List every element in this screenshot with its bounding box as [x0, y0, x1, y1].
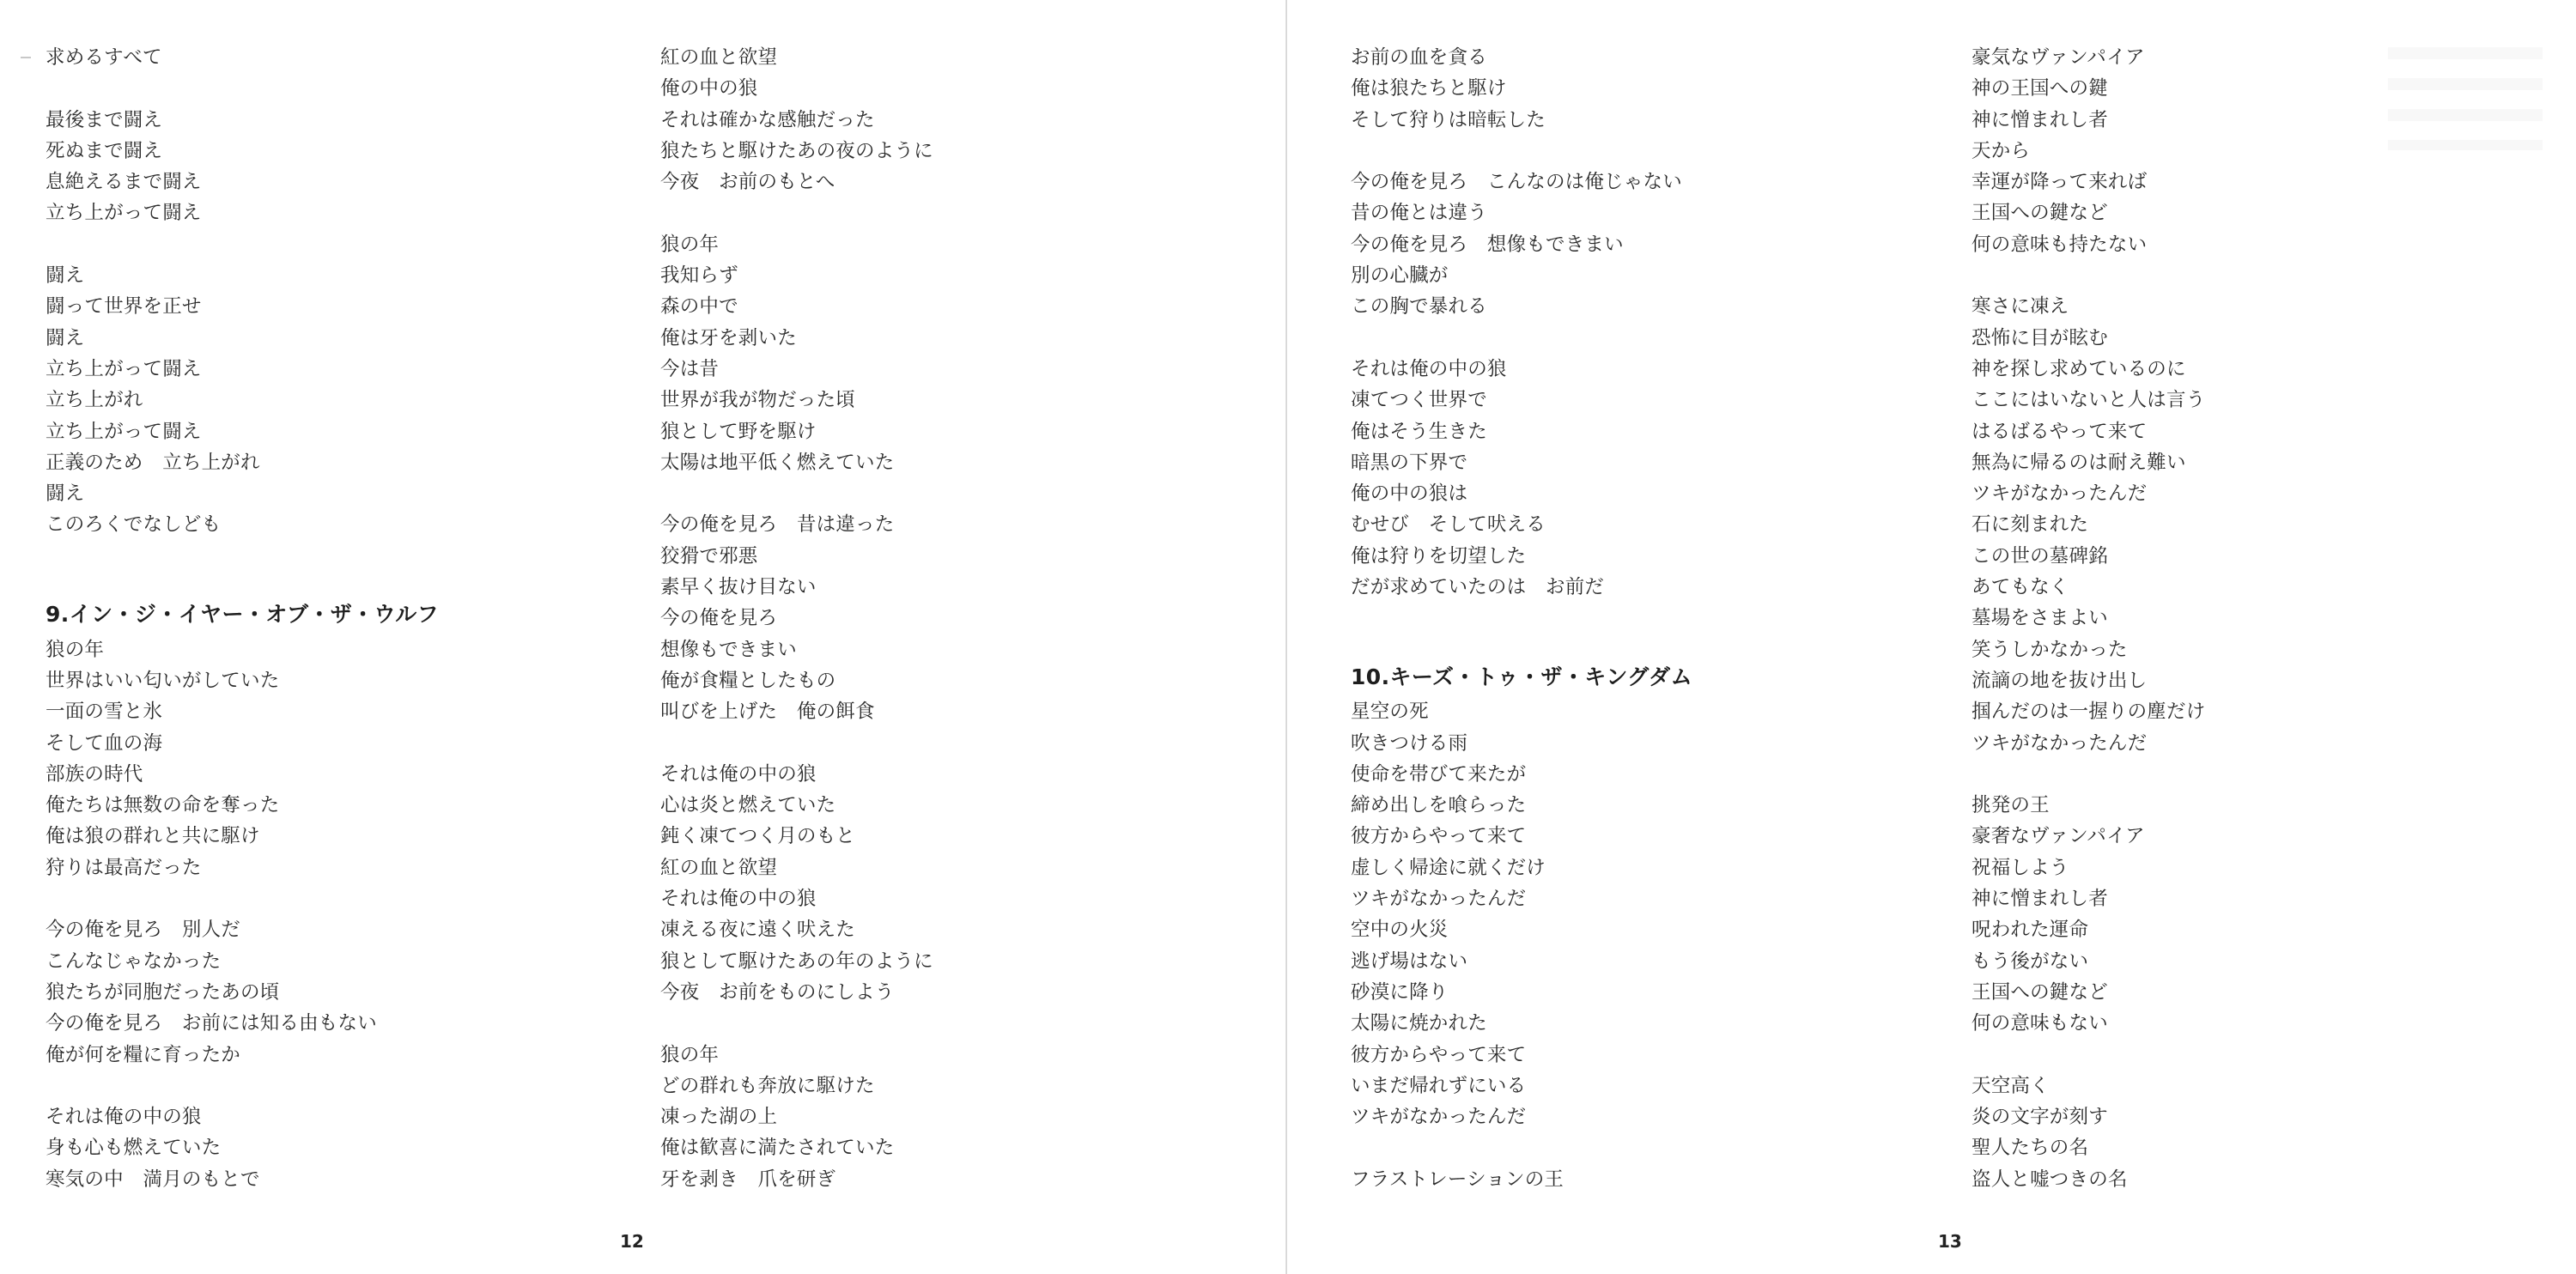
stanza-break	[1971, 759, 2205, 790]
lyric-line: 寒気の中 満月のもとで	[46, 1164, 439, 1195]
lyric-line: こんなじゃなかった	[46, 946, 439, 977]
lyric-line: ツキがなかったんだ	[1351, 883, 1692, 914]
lyric-line: 俺たちは無数の命を奪った	[46, 790, 439, 821]
booklet-spread: 求めるすべて最後まで闘え死ぬまで闘え息絶えるまで闘え立ち上がって闘え闘え闘って世…	[0, 0, 2576, 1274]
lyric-line: この世の墓碑銘	[1971, 541, 2205, 572]
lyric-line: 今の俺を見ろ 想像もできまい	[1351, 229, 1692, 260]
lyric-line: 石に刻まれた	[1971, 509, 2205, 540]
lyric-line: 掴んだのは一握りの塵だけ	[1971, 696, 2205, 727]
lyric-line: 何の意味もない	[1971, 1008, 2205, 1039]
lyric-line: 流謫の地を抜け出し	[1971, 665, 2205, 696]
lyric-line: 今の俺を見ろ お前には知る由もない	[46, 1008, 439, 1039]
lyric-line: このろくでなしども	[46, 509, 439, 540]
lyric-line: そして血の海	[46, 728, 439, 759]
lyric-line: 空中の火災	[1351, 914, 1692, 945]
lyric-line: 俺は歓喜に満たされていた	[660, 1132, 933, 1163]
lyric-line: 彼方からやって来て	[1351, 821, 1692, 852]
stanza-break	[660, 197, 933, 228]
stanza-break	[46, 229, 439, 260]
lyric-line: 今夜 お前のもとへ	[660, 167, 933, 197]
stanza-break	[46, 1071, 439, 1101]
lyric-line: 立ち上がって闘え	[46, 416, 439, 447]
lyric-line: 求めるすべて	[46, 42, 439, 73]
lyric-line: 別の心臓が	[1351, 260, 1692, 291]
lyrics-column-1: 求めるすべて最後まで闘え死ぬまで闘え息絶えるまで闘え立ち上がって闘え闘え闘って世…	[46, 42, 439, 1195]
lyric-line: それは確かな感触だった	[660, 105, 933, 136]
lyric-line: 凍える夜に遠く吠えた	[660, 914, 933, 945]
lyric-line: 何の意味も持たない	[1971, 229, 2205, 260]
lyric-line: 俺は狼たちと駆け	[1351, 73, 1692, 104]
lyric-line: 俺はそう生きた	[1351, 416, 1692, 447]
lyric-line: 俺は狩りを切望した	[1351, 541, 1692, 572]
lyric-line: 俺の中の狼	[660, 73, 933, 104]
lyric-line: 正義のため 立ち上がれ	[46, 447, 439, 478]
lyric-line: 今の俺を見ろ 昔は違った	[660, 509, 933, 540]
stanza-break	[1971, 1040, 2205, 1071]
lyric-line: いまだ帰れずにいる	[1351, 1071, 1692, 1101]
lyric-line: そして狩りは暗転した	[1351, 105, 1692, 136]
lyric-line: 無為に帰るのは耐え難い	[1971, 447, 2205, 478]
lyric-line: 太陽に焼かれた	[1351, 1008, 1692, 1039]
lyric-line: 炎の文字が刻す	[1971, 1101, 2205, 1132]
page-number: 13	[1938, 1231, 1962, 1252]
stanza-break	[660, 1008, 933, 1039]
lyric-line: 暗黒の下界で	[1351, 447, 1692, 478]
lyric-line: 狼の年	[46, 634, 439, 665]
stanza-break	[1351, 634, 1692, 665]
lyric-line: 狼として野を駆け	[660, 416, 933, 447]
lyric-line: 彼方からやって来て	[1351, 1040, 1692, 1071]
lyric-line: 太陽は地平低く燃えていた	[660, 447, 933, 478]
scan-speck	[21, 57, 31, 58]
lyric-line: どの群れも奔放に駆けた	[660, 1071, 933, 1101]
lyric-line: 祝福しよう	[1971, 852, 2205, 883]
lyric-line: だが求めていたのは お前だ	[1351, 572, 1692, 603]
stanza-break	[46, 883, 439, 914]
lyric-line: 狼の年	[660, 229, 933, 260]
lyric-line: フラストレーションの王	[1351, 1164, 1692, 1195]
stanza-break	[660, 478, 933, 509]
lyric-line: 虚しく帰途に就くだけ	[1351, 852, 1692, 883]
lyric-line: 豪気なヴァンパイア	[1971, 42, 2205, 73]
lyric-line: 闘え	[46, 260, 439, 291]
lyric-line: 使命を帯びて来たが	[1351, 759, 1692, 790]
lyric-line: 挑発の王	[1971, 790, 2205, 821]
bleed-through-shadow	[2388, 47, 2543, 150]
lyric-line: 立ち上がって闘え	[46, 354, 439, 385]
lyric-line: 狼の年	[660, 1040, 933, 1071]
lyric-line: 俺が何を糧に育ったか	[46, 1040, 439, 1071]
page-13: お前の血を貪る俺は狼たちと駆けそして狩りは暗転した今の俺を見ろ こんなのは俺じゃ…	[1287, 0, 2576, 1274]
stanza-break	[46, 541, 439, 572]
lyric-line: 墓場をさまよい	[1971, 603, 2205, 634]
lyric-line: 締め出しを喰らった	[1351, 790, 1692, 821]
lyric-line: 神の王国への鍵	[1971, 73, 2205, 104]
lyric-line: 立ち上がって闘え	[46, 197, 439, 228]
lyric-line: 叫びを上げた 俺の餌食	[660, 696, 933, 727]
lyric-line: 天から	[1971, 136, 2205, 167]
lyric-line: ここにはいないと人は言う	[1971, 385, 2205, 416]
lyric-line: 笑うしかなかった	[1971, 634, 2205, 665]
lyric-line: 俺は牙を剥いた	[660, 323, 933, 354]
lyric-line: 狩りは最高だった	[46, 852, 439, 883]
lyric-line: 王国への鍵など	[1971, 197, 2205, 228]
lyric-line: 素早く抜け目ない	[660, 572, 933, 603]
lyric-line: ツキがなかったんだ	[1971, 478, 2205, 509]
lyric-line: それは俺の中の狼	[660, 883, 933, 914]
lyric-line: 一面の雪と氷	[46, 696, 439, 727]
lyric-line: 今の俺を見ろ こんなのは俺じゃない	[1351, 167, 1692, 197]
song-title: 10.キーズ・トゥ・ザ・キングダム	[1351, 662, 1692, 696]
stanza-break	[1351, 323, 1692, 354]
lyric-line: この胸で暴れる	[1351, 291, 1692, 322]
lyric-line: 鈍く凍てつく月のもと	[660, 821, 933, 852]
lyric-line: 昔の俺とは違う	[1351, 197, 1692, 228]
lyrics-column-3: お前の血を貪る俺は狼たちと駆けそして狩りは暗転した今の俺を見ろ こんなのは俺じゃ…	[1351, 42, 1692, 1195]
lyric-line: 狼たちと駆けたあの夜のように	[660, 136, 933, 167]
lyric-line: 吹きつける雨	[1351, 728, 1692, 759]
lyric-line: 神に憎まれし者	[1971, 105, 2205, 136]
page-12: 求めるすべて最後まで闘え死ぬまで闘え息絶えるまで闘え立ち上がって闘え闘え闘って世…	[0, 0, 1286, 1274]
lyric-line: 世界はいい匂いがしていた	[46, 665, 439, 696]
lyric-line: 豪奢なヴァンパイア	[1971, 821, 2205, 852]
lyric-line: 最後まで闘え	[46, 105, 439, 136]
lyric-line: 身も心も燃えていた	[46, 1132, 439, 1163]
lyric-line: 俺が食糧としたもの	[660, 665, 933, 696]
lyric-line: 寒さに凍え	[1971, 291, 2205, 322]
stanza-break	[1351, 136, 1692, 167]
lyric-line: 狼として駆けたあの年のように	[660, 946, 933, 977]
lyric-line: お前の血を貪る	[1351, 42, 1692, 73]
lyric-line: 今の俺を見ろ 別人だ	[46, 914, 439, 945]
lyric-line: むせび そして吠える	[1351, 509, 1692, 540]
stanza-break	[1351, 603, 1692, 634]
stanza-break	[1971, 260, 2205, 291]
stanza-break	[1351, 1132, 1692, 1163]
lyric-line: 心は炎と燃えていた	[660, 790, 933, 821]
lyric-line: 王国への鍵など	[1971, 977, 2205, 1008]
lyric-line: もう後がない	[1971, 946, 2205, 977]
stanza-break	[46, 73, 439, 104]
lyric-line: 神に憎まれし者	[1971, 883, 2205, 914]
stanza-break	[660, 728, 933, 759]
lyric-line: 部族の時代	[46, 759, 439, 790]
lyric-line: 世界が我が物だった頃	[660, 385, 933, 416]
song-title: 9.イン・ジ・イヤー・オブ・ザ・ウルフ	[46, 599, 439, 634]
lyric-line: 神を探し求めているのに	[1971, 354, 2205, 385]
lyric-line: 闘って世界を正せ	[46, 291, 439, 322]
lyric-line: 今の俺を見ろ	[660, 603, 933, 634]
lyric-line: 聖人たちの名	[1971, 1132, 2205, 1163]
lyric-line: 恐怖に目が眩む	[1971, 323, 2205, 354]
lyric-line: 幸運が降って来れば	[1971, 167, 2205, 197]
lyric-line: ツキがなかったんだ	[1971, 728, 2205, 759]
lyric-line: 俺の中の狼は	[1351, 478, 1692, 509]
lyric-line: 呪われた運命	[1971, 914, 2205, 945]
lyric-line: あてもなく	[1971, 572, 2205, 603]
lyric-line: 逃げ場はない	[1351, 946, 1692, 977]
lyric-line: それは俺の中の狼	[660, 759, 933, 790]
lyric-line: 凍てつく世界で	[1351, 385, 1692, 416]
lyric-line: 牙を剥き 爪を研ぎ	[660, 1164, 933, 1195]
lyric-line: ツキがなかったんだ	[1351, 1101, 1692, 1132]
lyric-line: それは俺の中の狼	[1351, 354, 1692, 385]
lyrics-column-4: 豪気なヴァンパイア神の王国への鍵神に憎まれし者天から幸運が降って来れば王国への鍵…	[1971, 42, 2205, 1195]
lyric-line: 今は昔	[660, 354, 933, 385]
lyric-line: 今夜 お前をものにしよう	[660, 977, 933, 1008]
lyric-line: 狼たちが同胞だったあの頃	[46, 977, 439, 1008]
lyric-line: 森の中で	[660, 291, 933, 322]
lyric-line: 星空の死	[1351, 696, 1692, 727]
stanza-break	[46, 572, 439, 603]
page-number: 12	[620, 1231, 644, 1252]
lyric-line: 想像もできまい	[660, 634, 933, 665]
lyric-line: 我知らず	[660, 260, 933, 291]
lyric-line: 紅の血と欲望	[660, 42, 933, 73]
lyric-line: 紅の血と欲望	[660, 852, 933, 883]
lyric-line: 砂漠に降り	[1351, 977, 1692, 1008]
lyric-line: はるばるやって来て	[1971, 416, 2205, 447]
lyric-line: 俺は狼の群れと共に駆け	[46, 821, 439, 852]
lyric-line: 息絶えるまで闘え	[46, 167, 439, 197]
lyrics-column-2: 紅の血と欲望俺の中の狼それは確かな感触だった狼たちと駆けたあの夜のように今夜 お…	[660, 42, 933, 1195]
lyric-line: 狡猾で邪悪	[660, 541, 933, 572]
lyric-line: 死ぬまで闘え	[46, 136, 439, 167]
lyric-line: 闘え	[46, 323, 439, 354]
lyric-line: それは俺の中の狼	[46, 1101, 439, 1132]
lyric-line: 立ち上がれ	[46, 385, 439, 416]
lyric-line: 闘え	[46, 478, 439, 509]
lyric-line: 凍った湖の上	[660, 1101, 933, 1132]
lyric-line: 盗人と嘘つきの名	[1971, 1164, 2205, 1195]
lyric-line: 天空高く	[1971, 1071, 2205, 1101]
